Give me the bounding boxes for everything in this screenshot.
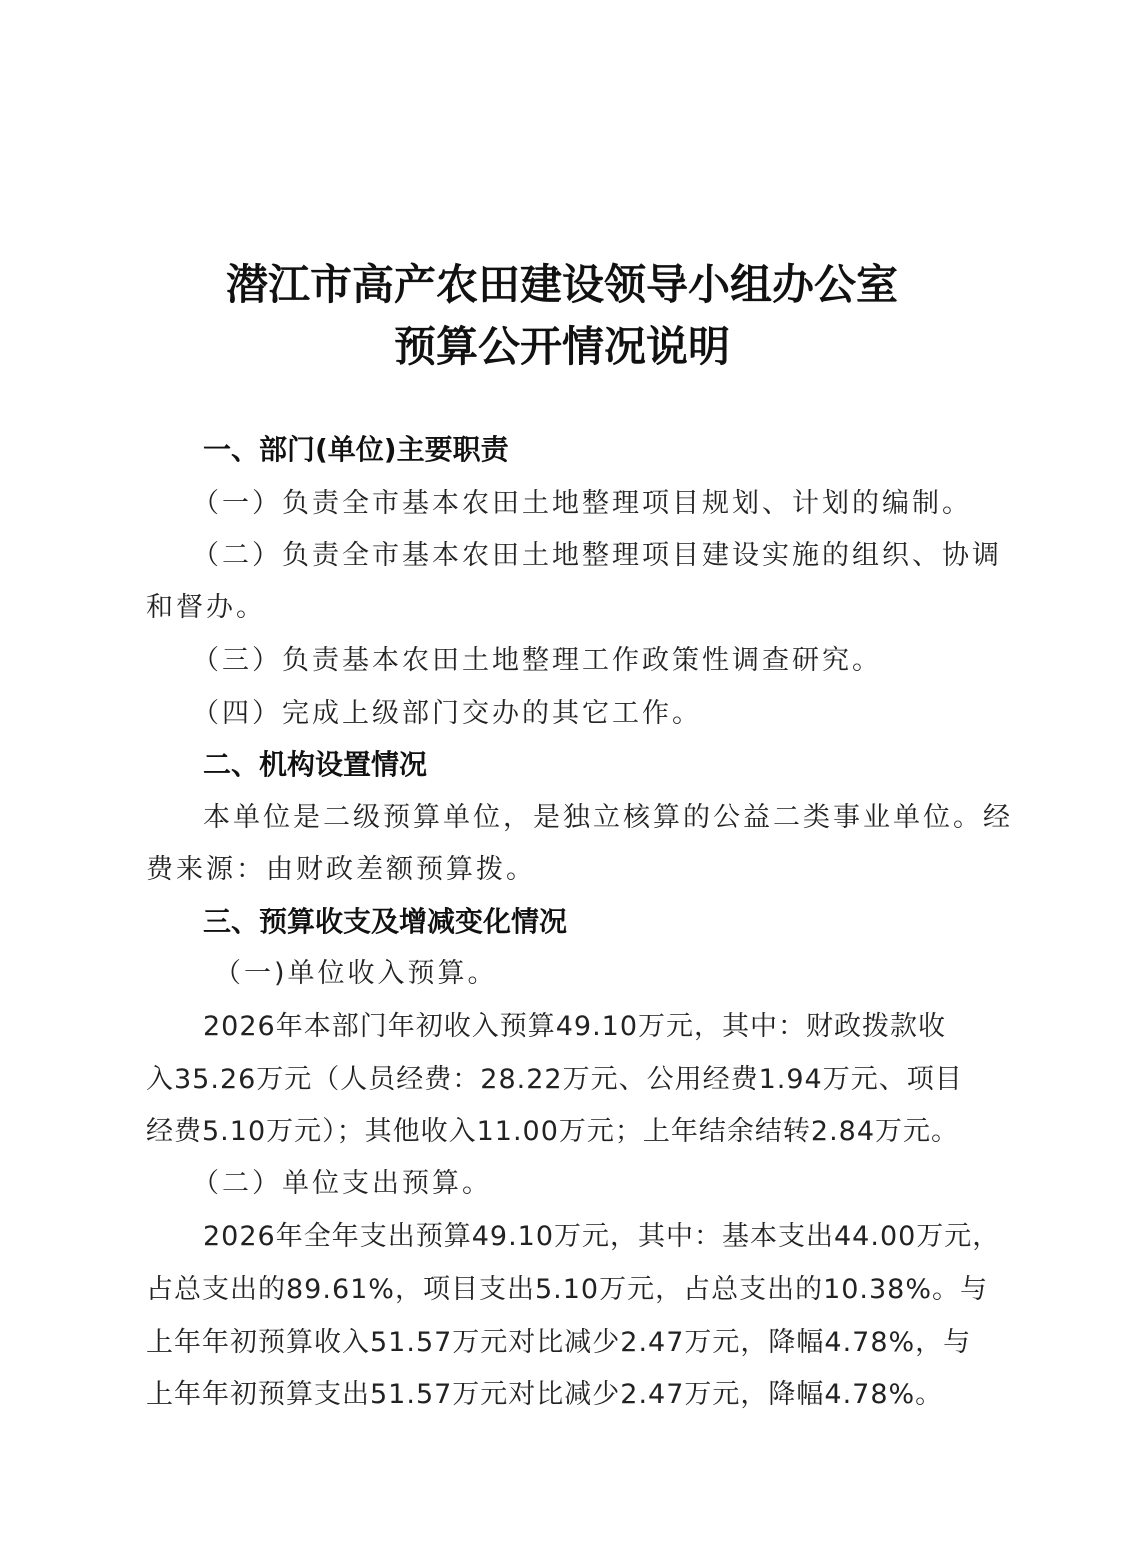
paragraph-line: 经费5.10万元）；其他收入11.00万元；上年结余结转2.84万元。	[146, 1118, 959, 1145]
paragraph-line: 占总支出的89.61%，项目支出5.10万元，占总支出的10.38%。与	[146, 1276, 988, 1303]
paragraph-line: 2026年全年支出预算49.10万元，其中：基本支出44.00万元，	[203, 1223, 1000, 1250]
section-heading-duties: 一、部门(单位)主要职责	[203, 436, 509, 464]
paragraph-line: （二）单位支出预算。	[192, 1170, 492, 1197]
paragraph-line: 本单位是二级预算单位，是独立核算的公益二类事业单位。经	[203, 804, 1013, 831]
paragraph-line: （一）负责全市基本农田土地整理项目规划、计划的编制。	[192, 490, 972, 517]
section-heading-organization: 二、机构设置情况	[203, 751, 427, 779]
section-heading-budget: 三、预算收支及增减变化情况	[203, 908, 567, 936]
paragraph-line: 上年年初预算收入51.57万元对比减少2.47万元，降幅4.78%，与	[146, 1329, 971, 1356]
paragraph-line: （四）完成上级部门交办的其它工作。	[192, 700, 702, 727]
paragraph-line: （一)单位收入预算。	[214, 960, 498, 987]
paragraph-line: 2026年本部门年初收入预算49.10万元，其中：财政拨款收	[203, 1013, 946, 1040]
document-page: 潜江市高产农田建设领导小组办公室 预算公开情况说明 一、部门(单位)主要职责 （…	[0, 0, 1124, 1553]
document-title-line-2: 预算公开情况说明	[0, 326, 1124, 368]
paragraph-line: （二）负责全市基本农田土地整理项目建设实施的组织、协调	[192, 542, 1002, 569]
paragraph-line: 费来源：由财政差额预算拨。	[146, 856, 536, 883]
paragraph-line: 上年年初预算支出51.57万元对比减少2.47万元，降幅4.78%。	[146, 1381, 943, 1408]
paragraph-line: 入35.26万元（人员经费：28.22万元、公用经费1.94万元、项目	[146, 1066, 963, 1093]
paragraph-line: （三）负责基本农田土地整理工作政策性调查研究。	[192, 647, 882, 674]
paragraph-line: 和督办。	[146, 594, 266, 621]
document-title-line-1: 潜江市高产农田建设领导小组办公室	[0, 264, 1124, 306]
